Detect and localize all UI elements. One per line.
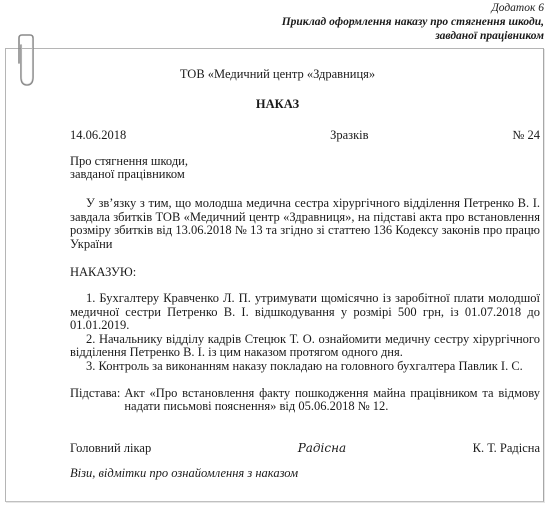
order-item-1: 1. Бухгалтеру Кравченко Л. П. утримувати… [70, 292, 540, 333]
appendix-number: Додаток 6 [282, 1, 544, 15]
preamble: У зв’язку з тим, що молодша медична сест… [70, 197, 540, 251]
appendix-title-line1: Приклад оформлення наказу про стягнення … [282, 15, 544, 29]
order-document: ТОВ «Медичний центр «Здравниця» НАКАЗ 14… [70, 68, 542, 481]
document-subject: Про стягнення шкоди, завданої працівнико… [70, 155, 542, 182]
basis-label: Підстава: [70, 387, 120, 414]
signature: Радісна [298, 442, 346, 456]
paperclip-icon [12, 33, 42, 89]
signer-position: Головний лікар [70, 442, 151, 456]
document-number: № 24 [512, 129, 540, 143]
signature-block: Головний лікар Радісна К. Т. Радісна [70, 442, 540, 456]
appendix-header: Додаток 6 Приклад оформлення наказу про … [282, 1, 544, 43]
order-word: НАКАЗУЮ: [70, 266, 542, 280]
subject-line2: завданої працівником [70, 168, 542, 182]
document-meta: 14.06.2018 Зразків № 24 [70, 129, 540, 143]
basis: Підстава: Акт «Про встановлення факту по… [70, 387, 540, 414]
order-item-3: 3. Контроль за виконанням наказу поклада… [70, 360, 540, 374]
document-date: 14.06.2018 [70, 129, 126, 143]
appendix-title-line2: завданої працівником [282, 29, 544, 43]
visas-note: Візи, відмітки про ознайомлення з наказо… [70, 467, 542, 481]
order-item-2: 2. Начальнику відділу кадрів Стецюк Т. О… [70, 333, 540, 360]
subject-line1: Про стягнення шкоди, [70, 155, 542, 169]
document-place: Зразків [330, 129, 368, 143]
document-type: НАКАЗ [70, 98, 485, 112]
organization-name: ТОВ «Медичний центр «Здравниця» [70, 68, 485, 82]
basis-text: Акт «Про встановлення факту пошкодження … [120, 387, 540, 414]
signer-name: К. Т. Радісна [473, 442, 540, 456]
